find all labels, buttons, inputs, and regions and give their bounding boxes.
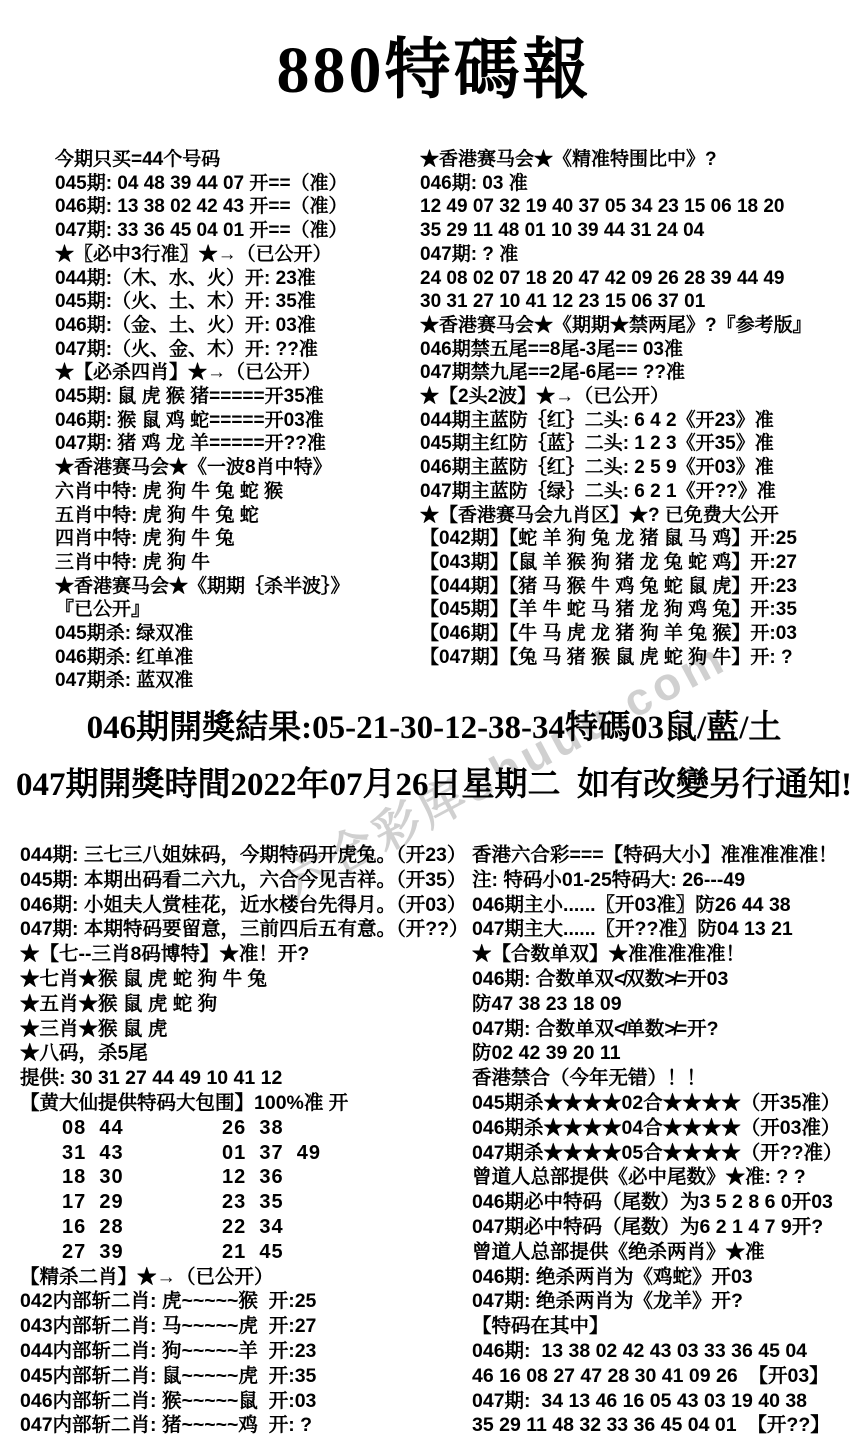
tip-line: ★七肖★猴 鼠 虎 蛇 狗 牛 兔 [20, 967, 472, 992]
top-left-column: 今期只买=44个号码045期: 04 48 39 44 07 开==（准）046… [55, 148, 420, 693]
tip-line: 30 31 27 10 41 12 23 15 06 37 01 [420, 290, 860, 314]
tip-line: 046期禁五尾==8尾-3尾== 03准 [420, 338, 860, 362]
tip-line: 044期: 三七三八姐妹码，今期特码开虎兔。（开23） [20, 843, 472, 868]
tip-line: 045期杀★★★★02合★★★★（开35准） [472, 1091, 860, 1116]
tip-line: ★【七--三肖8码博特】★准！开? [20, 942, 472, 967]
draw-result-banner: 046期開獎結果:05-21-30-12-38-34特碼03鼠/藍/土 047期… [0, 700, 868, 814]
tip-line: 046期杀★★★★04合★★★★（开03准） [472, 1116, 860, 1141]
tip-line: 043内部斩二肖: 马~~~~~虎 开:27 [20, 1314, 472, 1339]
tip-line: 24 08 02 07 18 20 47 42 09 26 28 39 44 4… [420, 267, 860, 291]
draw-time-line-047: 047期開獎時間2022年07月26日星期二 如有改變另行通知! [0, 757, 868, 814]
tip-line: ★香港赛马会★《一波8肖中特》 [55, 456, 420, 480]
tip-line: 044期主蓝防｛红｝二头: 6 4 2《开23》准 [420, 409, 860, 433]
tip-line: 防47 38 23 18 09 [472, 992, 860, 1017]
tip-line: 047期: 34 13 46 16 05 43 03 19 40 38 [472, 1389, 860, 1414]
tip-line: 【黄大仙提供特码大包围】100%准 开 [20, 1091, 472, 1116]
tip-line: 46 16 08 27 47 28 30 41 09 26 【开03】 [472, 1364, 860, 1389]
tip-line: 045期: 鼠 虎 猴 猪=====开35准 [55, 385, 420, 409]
tip-line: 046期: 小姐夫人赏桂花，近水楼台先得月。（开03） [20, 893, 472, 918]
grid-right-pair: 01 37 49 [222, 1141, 321, 1166]
tip-line: 044期:（木、水、火）开: 23准 [55, 267, 420, 291]
tip-line: ★【香港赛马会九肖区】★? 已免费大公开 [420, 504, 860, 528]
tip-line: 三肖中特: 虎 狗 牛 [55, 551, 420, 575]
tip-line: 注: 特码小01-25特码大: 26---49 [472, 868, 860, 893]
grid-row: 17 29 23 35 [20, 1190, 472, 1215]
grid-left-pair: 08 44 [62, 1116, 222, 1141]
tip-line: 047期: 绝杀两肖为《龙羊》开? [472, 1289, 860, 1314]
tip-line: 046期: 绝杀两肖为《鸡蛇》开03 [472, 1265, 860, 1290]
tip-line: 曾道人总部提供《绝杀两肖》★准 [472, 1240, 860, 1265]
tip-line: 35 29 11 48 32 33 36 45 04 01 【开??】 [472, 1413, 860, 1438]
grid-right-pair: 26 38 [222, 1116, 284, 1141]
grid-left-pair: 16 28 [62, 1215, 222, 1240]
grid-left-pair: 31 43 [62, 1141, 222, 1166]
tip-line: 042内部斩二肖: 虎~~~~~猴 开:25 [20, 1289, 472, 1314]
tip-line: 六肖中特: 虎 狗 牛 兔 蛇 猴 [55, 480, 420, 504]
verse-and-xiao-block: 044期: 三七三八姐妹码，今期特码开虎兔。（开23）045期: 本期出码看二六… [20, 843, 472, 1116]
tip-line: 047期: 猪 鸡 龙 羊=====开??准 [55, 432, 420, 456]
tip-line: 五肖中特: 虎 狗 牛 兔 蛇 [55, 504, 420, 528]
result-line-046: 046期開獎結果:05-21-30-12-38-34特碼03鼠/藍/土 [0, 700, 868, 757]
tip-line: 047期: ? 准 [420, 243, 860, 267]
tip-line: ★香港赛马会★《精准特围比中》? [420, 148, 860, 172]
tip-line: 【精杀二肖】★→（已公开） [20, 1265, 472, 1290]
tip-line: 044内部斩二肖: 狗~~~~~羊 开:23 [20, 1339, 472, 1364]
tip-line: 今期只买=44个号码 [55, 148, 420, 172]
tip-line: 046期必中特码（尾数）为3 5 2 8 6 0开03 [472, 1190, 860, 1215]
grid-left-pair: 17 29 [62, 1190, 222, 1215]
tip-line: 045期杀: 绿双准 [55, 622, 420, 646]
tip-line: 047期必中特码（尾数）为6 2 1 4 7 9开? [472, 1215, 860, 1240]
jingsha-block: 【精杀二肖】★→（已公开）042内部斩二肖: 虎~~~~~猴 开:25043内部… [20, 1265, 472, 1439]
tip-line: 045内部斩二肖: 鼠~~~~~虎 开:35 [20, 1364, 472, 1389]
tip-line: 047期杀: 蓝双准 [55, 669, 420, 693]
tip-line: 046期: 合数单双≮双数≯=开03 [472, 967, 860, 992]
tip-line: 046期: 13 38 02 42 43 03 33 36 45 04 [472, 1339, 860, 1364]
tip-line: 046内部斩二肖: 猴~~~~~鼠 开:03 [20, 1389, 472, 1414]
tip-line: 046期主蓝防｛红｝二头: 2 5 9《开03》准 [420, 456, 860, 480]
grid-row: 27 39 21 45 [20, 1240, 472, 1265]
baowei-number-grid: 08 44 26 38 31 43 01 37 49 18 30 12 36 1… [20, 1116, 472, 1265]
tip-line: 046期: 猴 鼠 鸡 蛇=====开03准 [55, 409, 420, 433]
tip-line: ★五肖★猴 鼠 虎 蛇 狗 [20, 992, 472, 1017]
top-section: 今期只买=44个号码045期: 04 48 39 44 07 开==（准）046… [55, 148, 860, 693]
top-right-column: ★香港赛马会★《精准特围比中》?046期: 03 准12 49 07 32 19… [420, 148, 860, 693]
tip-line: 曾道人总部提供《必中尾数》★准: ? ? [472, 1165, 860, 1190]
tip-line: 045期: 本期出码看二六九，六合今见吉祥。（开35） [20, 868, 472, 893]
tip-line: 047期:（火、金、木）开: ??准 [55, 338, 420, 362]
tip-line: 【042期】【蛇 羊 狗 兔 龙 猪 鼠 马 鸡】开:25 [420, 527, 860, 551]
tip-line: ★【合数单双】★准准准准准！ [472, 942, 860, 967]
tip-line: ★【必杀四肖】★→（已公开） [55, 361, 420, 385]
tip-line: 35 29 11 48 01 10 39 44 31 24 04 [420, 219, 860, 243]
tip-line: 香港禁合（今年无错）！！ [472, 1066, 860, 1091]
tip-line: 046期: 13 38 02 42 43 开==（准） [55, 195, 420, 219]
bottom-left-column: 044期: 三七三八姐妹码，今期特码开虎兔。（开23）045期: 本期出码看二六… [20, 843, 472, 1438]
tip-line: 12 49 07 32 19 40 37 05 34 23 15 06 18 2… [420, 195, 860, 219]
tip-line: ★八码，杀5尾 [20, 1041, 472, 1066]
tip-line: 【046期】【牛 马 虎 龙 猪 狗 羊 兔 猴】开:03 [420, 622, 860, 646]
tip-line: 047期主大......〖开??准〗防04 13 21 [472, 917, 860, 942]
grid-row: 16 28 22 34 [20, 1215, 472, 1240]
grid-right-pair: 21 45 [222, 1240, 284, 1265]
grid-right-pair: 12 36 [222, 1165, 284, 1190]
tip-line: 047期主蓝防｛绿｝二头: 6 2 1《开??》准 [420, 480, 860, 504]
grid-right-pair: 23 35 [222, 1190, 284, 1215]
tip-line: 【特码在其中】 [472, 1314, 860, 1339]
tip-line: 047期: 本期特码要留意，三前四后五有意。（开??） [20, 917, 472, 942]
tip-line: 【045期】【羊 牛 蛇 马 猪 龙 狗 鸡 兔】开:35 [420, 598, 860, 622]
tip-line: 【047期】【兔 马 猪 猴 鼠 虎 蛇 狗 牛】开: ? [420, 646, 860, 670]
tip-line: 045期: 04 48 39 44 07 开==（准） [55, 172, 420, 196]
grid-right-pair: 22 34 [222, 1215, 284, 1240]
tip-line: 香港六合彩===【特码大小】准准准准准！ [472, 843, 860, 868]
tip-line: 047期杀★★★★05合★★★★（开??准） [472, 1141, 860, 1166]
tip-line: ★【2头2波】★→（已公开） [420, 385, 860, 409]
tip-line: 046期: 03 准 [420, 172, 860, 196]
tip-line: ★香港赛马会★《期期★禁两尾》?『参考版』 [420, 314, 860, 338]
tip-line: ★〖必中3行准〗★→（已公开） [55, 243, 420, 267]
tip-line: 047内部斩二肖: 猪~~~~~鸡 开: ? [20, 1413, 472, 1438]
bottom-section: 044期: 三七三八姐妹码，今期特码开虎兔。（开23）045期: 本期出码看二六… [20, 843, 860, 1438]
tip-line: 046期:（金、土、火）开: 03准 [55, 314, 420, 338]
tip-line: ★三肖★猴 鼠 虎 [20, 1017, 472, 1042]
tip-line: 四肖中特: 虎 狗 牛 兔 [55, 527, 420, 551]
tip-line: 防02 42 39 20 11 [472, 1041, 860, 1066]
tip-line: 『已公开』 [55, 598, 420, 622]
grid-left-pair: 18 30 [62, 1165, 222, 1190]
tip-line: 045期:（火、土、木）开: 35准 [55, 290, 420, 314]
tip-line: ★香港赛马会★《期期｛杀半波｝》 [55, 575, 420, 599]
tip-line: 【044期】【猪 马 猴 牛 鸡 兔 蛇 鼠 虎】开:23 [420, 575, 860, 599]
page-title: 880特碼報 [0, 16, 868, 111]
tip-line: 047期: 合数单双≮单数≯=开? [472, 1017, 860, 1042]
tip-line: 046期主小......〖开03准〗防26 44 38 [472, 893, 860, 918]
tip-line: 047期禁九尾==2尾-6尾== ??准 [420, 361, 860, 385]
tip-line: 045期主红防｛蓝｝二头: 1 2 3《开35》准 [420, 432, 860, 456]
grid-row: 31 43 01 37 49 [20, 1141, 472, 1166]
grid-left-pair: 27 39 [62, 1240, 222, 1265]
tip-line: 提供: 30 31 27 44 49 10 41 12 [20, 1066, 472, 1091]
tip-line: 046期杀: 红单准 [55, 646, 420, 670]
tip-line: 【043期】【鼠 羊 猴 狗 猪 龙 兔 蛇 鸡】开:27 [420, 551, 860, 575]
tip-line: 047期: 33 36 45 04 01 开==（准） [55, 219, 420, 243]
bottom-right-column: 香港六合彩===【特码大小】准准准准准！注: 特码小01-25特码大: 26--… [472, 843, 860, 1438]
grid-row: 18 30 12 36 [20, 1165, 472, 1190]
grid-row: 08 44 26 38 [20, 1116, 472, 1141]
